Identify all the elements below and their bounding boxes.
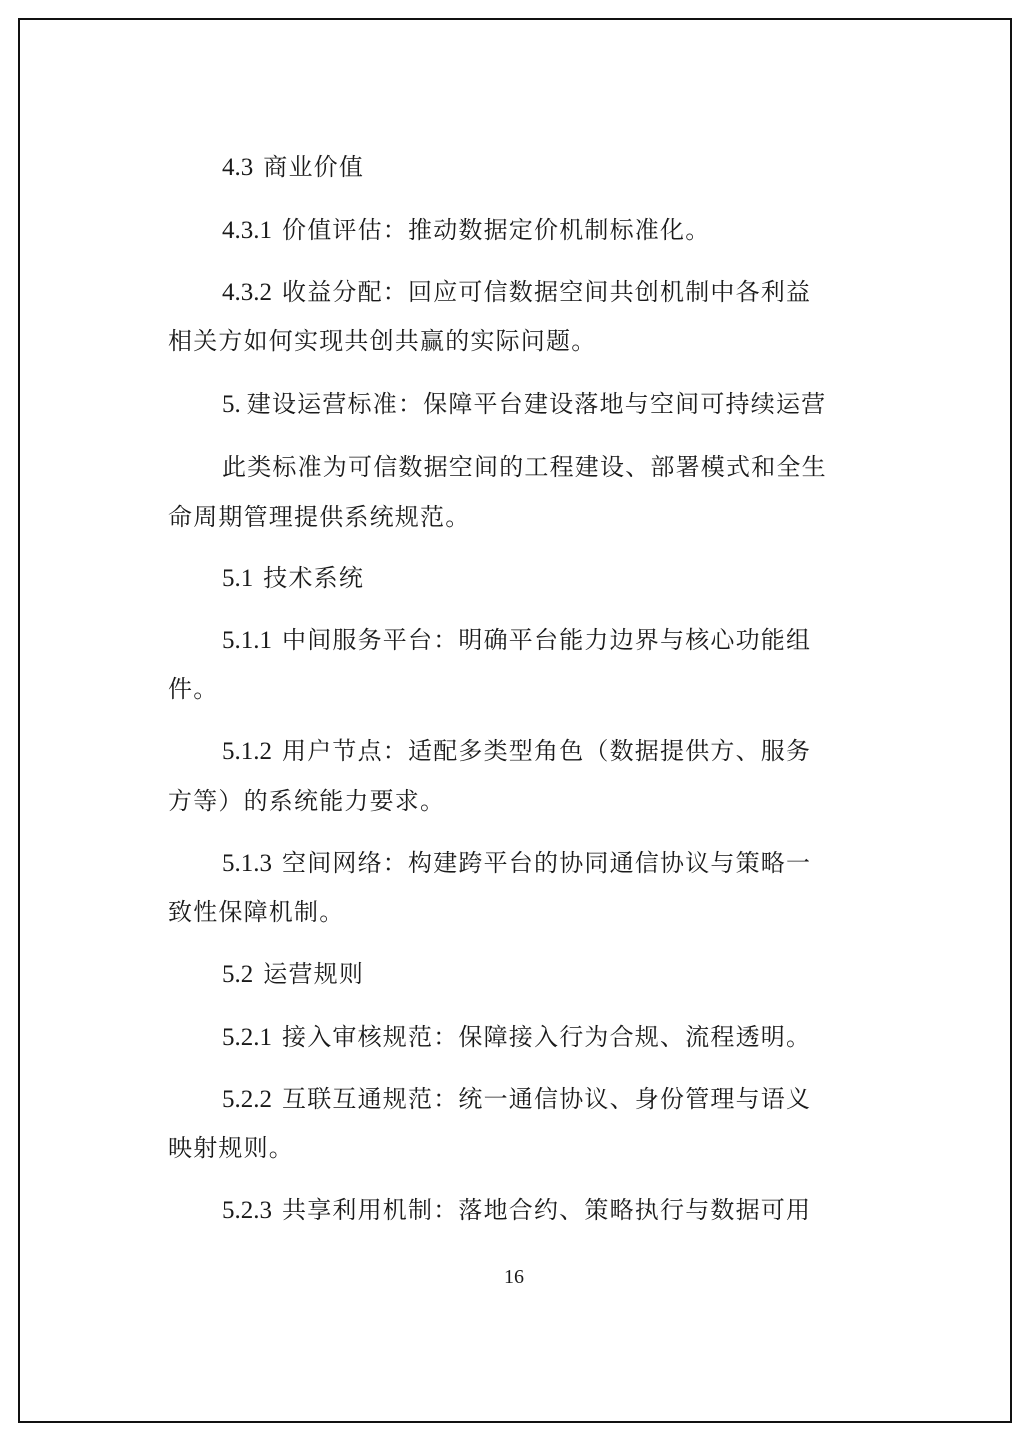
item-text: 空间网络：构建跨平台的协同通信协议与策略一	[282, 849, 811, 877]
item-text: 互联互通规范：统一通信协议、身份管理与语义	[282, 1085, 811, 1113]
section-title: 技术系统	[263, 564, 364, 592]
item-text: 共享利用机制：落地合约、策略执行与数据可用	[282, 1196, 811, 1224]
section-number: 5.1	[222, 565, 253, 592]
section-title: 建设运营标准：保障平台建设落地与空间可持续运营	[247, 390, 827, 418]
section-number: 4.3	[222, 154, 253, 181]
item-number: 5.1.3	[222, 850, 272, 877]
item-number: 5.2.1	[222, 1024, 272, 1051]
paragraph-text: 此类标准为可信数据空间的工程建设、部署模式和全生	[222, 453, 827, 481]
item-5-2-3: 5.2.3共享利用机制：落地合约、策略执行与数据可用	[222, 1195, 858, 1226]
section-heading-5-2: 5.2运营规则	[222, 959, 858, 990]
item-5-1-1: 5.1.1中间服务平台：明确平台能力边界与核心功能组	[222, 625, 858, 656]
item-number: 4.3.1	[222, 217, 272, 244]
section-number: 5.	[222, 391, 241, 418]
item-5-1-3-continued: 致性保障机制。	[168, 897, 858, 927]
item-number: 5.1.1	[222, 627, 272, 654]
item-number: 5.2.2	[222, 1086, 272, 1113]
section-title: 运营规则	[263, 960, 364, 988]
item-text: 中间服务平台：明确平台能力边界与核心功能组	[282, 626, 811, 654]
item-text: 价值评估：推动数据定价机制标准化。	[282, 216, 710, 244]
item-text: 相关方如何实现共创共赢的实际问题。	[168, 327, 596, 355]
paragraph-line-1: 此类标准为可信数据空间的工程建设、部署模式和全生	[222, 452, 858, 482]
section-heading-4-3: 4.3商业价值	[222, 152, 858, 183]
paragraph-line-2: 命周期管理提供系统规范。	[168, 502, 858, 532]
item-5-1-3: 5.1.3空间网络：构建跨平台的协同通信协议与策略一	[222, 848, 858, 879]
item-text: 收益分配：回应可信数据空间共创机制中各利益	[282, 278, 811, 306]
item-text: 件。	[168, 675, 218, 703]
page-number: 16	[0, 1263, 1028, 1291]
item-text: 致性保障机制。	[168, 898, 344, 926]
item-5-2-2-continued: 映射规则。	[168, 1133, 858, 1163]
item-number: 5.1.2	[222, 738, 272, 765]
section-heading-5-1: 5.1技术系统	[222, 563, 858, 594]
item-5-1-2-continued: 方等）的系统能力要求。	[168, 786, 858, 816]
section-heading-5: 5.建设运营标准：保障平台建设落地与空间可持续运营	[222, 389, 858, 420]
item-4-3-1: 4.3.1价值评估：推动数据定价机制标准化。	[222, 215, 858, 246]
item-text: 接入审核规范：保障接入行为合规、流程透明。	[282, 1023, 811, 1051]
section-title: 商业价值	[263, 153, 364, 181]
item-5-1-1-continued: 件。	[168, 674, 858, 704]
item-text: 映射规则。	[168, 1134, 294, 1162]
item-number: 5.2.3	[222, 1197, 272, 1224]
paragraph-text: 命周期管理提供系统规范。	[168, 503, 470, 531]
item-5-1-2: 5.1.2用户节点：适配多类型角色（数据提供方、服务	[222, 736, 858, 767]
section-number: 5.2	[222, 961, 253, 988]
item-5-2-1: 5.2.1接入审核规范：保障接入行为合规、流程透明。	[222, 1022, 858, 1053]
item-5-2-2: 5.2.2互联互通规范：统一通信协议、身份管理与语义	[222, 1084, 858, 1115]
item-4-3-2-continued: 相关方如何实现共创共赢的实际问题。	[168, 326, 858, 356]
item-number: 4.3.2	[222, 279, 272, 306]
item-4-3-2: 4.3.2收益分配：回应可信数据空间共创机制中各利益	[222, 277, 858, 308]
item-text: 方等）的系统能力要求。	[168, 787, 445, 815]
item-text: 用户节点：适配多类型角色（数据提供方、服务	[282, 737, 811, 765]
